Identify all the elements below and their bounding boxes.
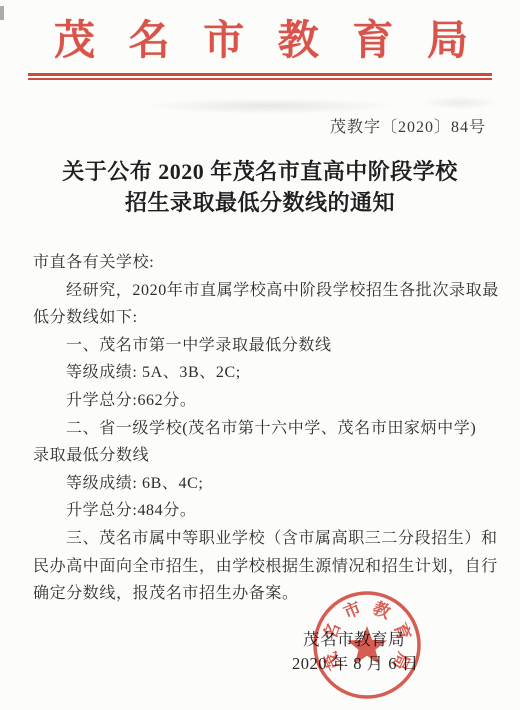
document-page: 茂名市教育局 茂教字〔2020〕84号 关于公布 2020 年茂名市直高中阶段学… [0, 0, 520, 710]
doc-number: 茂教字〔2020〕84号 [330, 114, 486, 137]
org-name-char: 育 [352, 17, 393, 63]
doc-title: 关于公布 2020 年茂名市直高中阶段学校 招生录取最低分数线的通知 [0, 157, 520, 218]
body-line: 升学总分:484分。 [33, 497, 490, 525]
official-seal: 茂 名 市 教 育 局 [308, 586, 426, 704]
body-line: 升学总分:662分。 [33, 387, 490, 415]
seal-star [347, 626, 387, 664]
seal-char: 茂 [321, 649, 345, 672]
body-line: 民办高中面向全市招生，由学校根据生源情况和招生计划，自行 [33, 553, 490, 581]
org-name-char: 局 [427, 17, 468, 63]
org-name-char: 教 [278, 17, 319, 63]
letterhead-rule [28, 73, 492, 80]
org-name-char: 市 [203, 17, 244, 63]
org-name-char: 茂 [54, 17, 95, 63]
seal-char: 名 [319, 620, 344, 643]
body-line: 三、茂名市属中等职业学校（含市属高职三二分段招生）和 [33, 525, 490, 553]
letterhead-org-name: 茂名市教育局 [54, 17, 468, 63]
body-line: 经研究，2020年市直属学校高中阶段学校招生各批次录取最 [33, 277, 490, 305]
salutation: 市直各有关学校: [33, 249, 490, 277]
doc-title-line-2: 招生录取最低分数线的通知 [0, 188, 520, 219]
scan-edge-mark [0, 6, 4, 20]
org-name-char: 名 [129, 17, 170, 63]
seal-char: 局 [389, 649, 413, 672]
body-text: 市直各有关学校: 经研究，2020年市直属学校高中阶段学校招生各批次录取最低分数… [33, 249, 490, 608]
body-line: 录取最低分数线 [33, 442, 490, 470]
body-line: 等级成绩: 5A、3B、2C; [33, 359, 490, 387]
scan-smudge [140, 98, 400, 114]
body-line: 一、茂名市第一中学录取最低分数线 [33, 332, 490, 360]
scan-smudge [420, 96, 500, 110]
body-paragraphs: 经研究，2020年市直属学校高中阶段学校招生各批次录取最低分数线如下:一、茂名市… [33, 277, 490, 608]
body-line: 二、省一级学校(茂名市第十六中学、茂名市田家炳中学) [33, 415, 490, 443]
seal-char: 市 [340, 597, 363, 622]
seal-char: 育 [390, 620, 415, 643]
body-line: 等级成绩: 6B、4C; [33, 470, 490, 498]
body-line: 低分数线如下: [33, 304, 490, 332]
seal-char: 教 [370, 597, 394, 622]
doc-title-line-1: 关于公布 2020 年茂名市直高中阶段学校 [0, 157, 520, 188]
